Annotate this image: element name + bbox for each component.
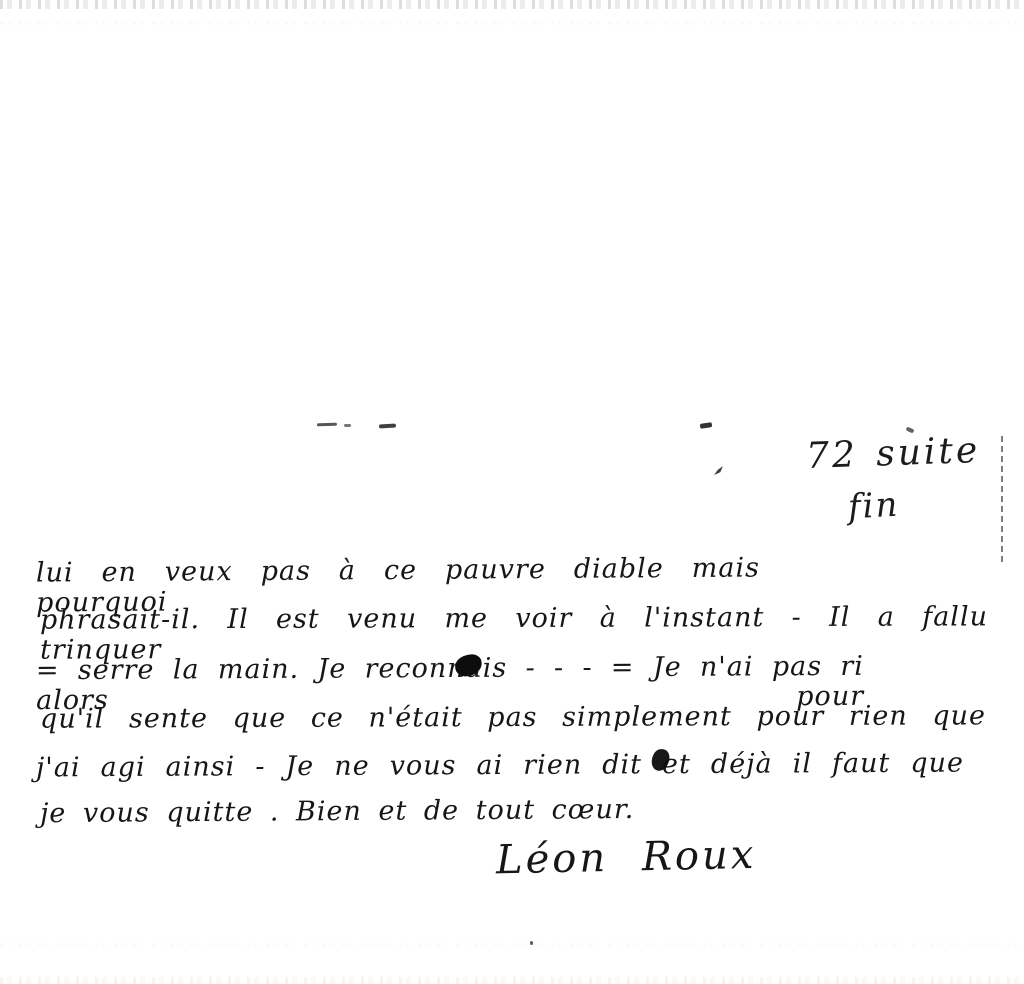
scan-noise-bottom	[0, 977, 1024, 984]
letter-line-4: qu'il sente que ce n'était pas simplemen…	[40, 701, 986, 734]
scan-noise-top	[0, 0, 1024, 9]
page-number-annotation: 72 suite	[805, 430, 981, 477]
signature: Léon Roux	[496, 831, 817, 884]
scan-speck	[714, 466, 723, 475]
scan-speck	[530, 941, 533, 945]
scan-noise-bottom-2	[0, 943, 1024, 946]
scan-speck	[317, 423, 337, 427]
fin-annotation: fin	[847, 485, 900, 528]
scan-speck	[379, 424, 396, 429]
letter-line-5: j'ai agi ainsi - Je ne vous ai rien dit …	[36, 749, 964, 784]
scan-speck	[344, 424, 351, 427]
dashed-margin-line	[1001, 436, 1003, 562]
scan-noise-top-2	[0, 22, 1024, 25]
scan-speck	[700, 422, 713, 429]
scanned-letter-page: 72 suite fin lui en veux pas à ce pauvre…	[0, 0, 1024, 984]
letter-line-6: je vous quitte . Bien et de tout cœur.	[40, 795, 652, 829]
